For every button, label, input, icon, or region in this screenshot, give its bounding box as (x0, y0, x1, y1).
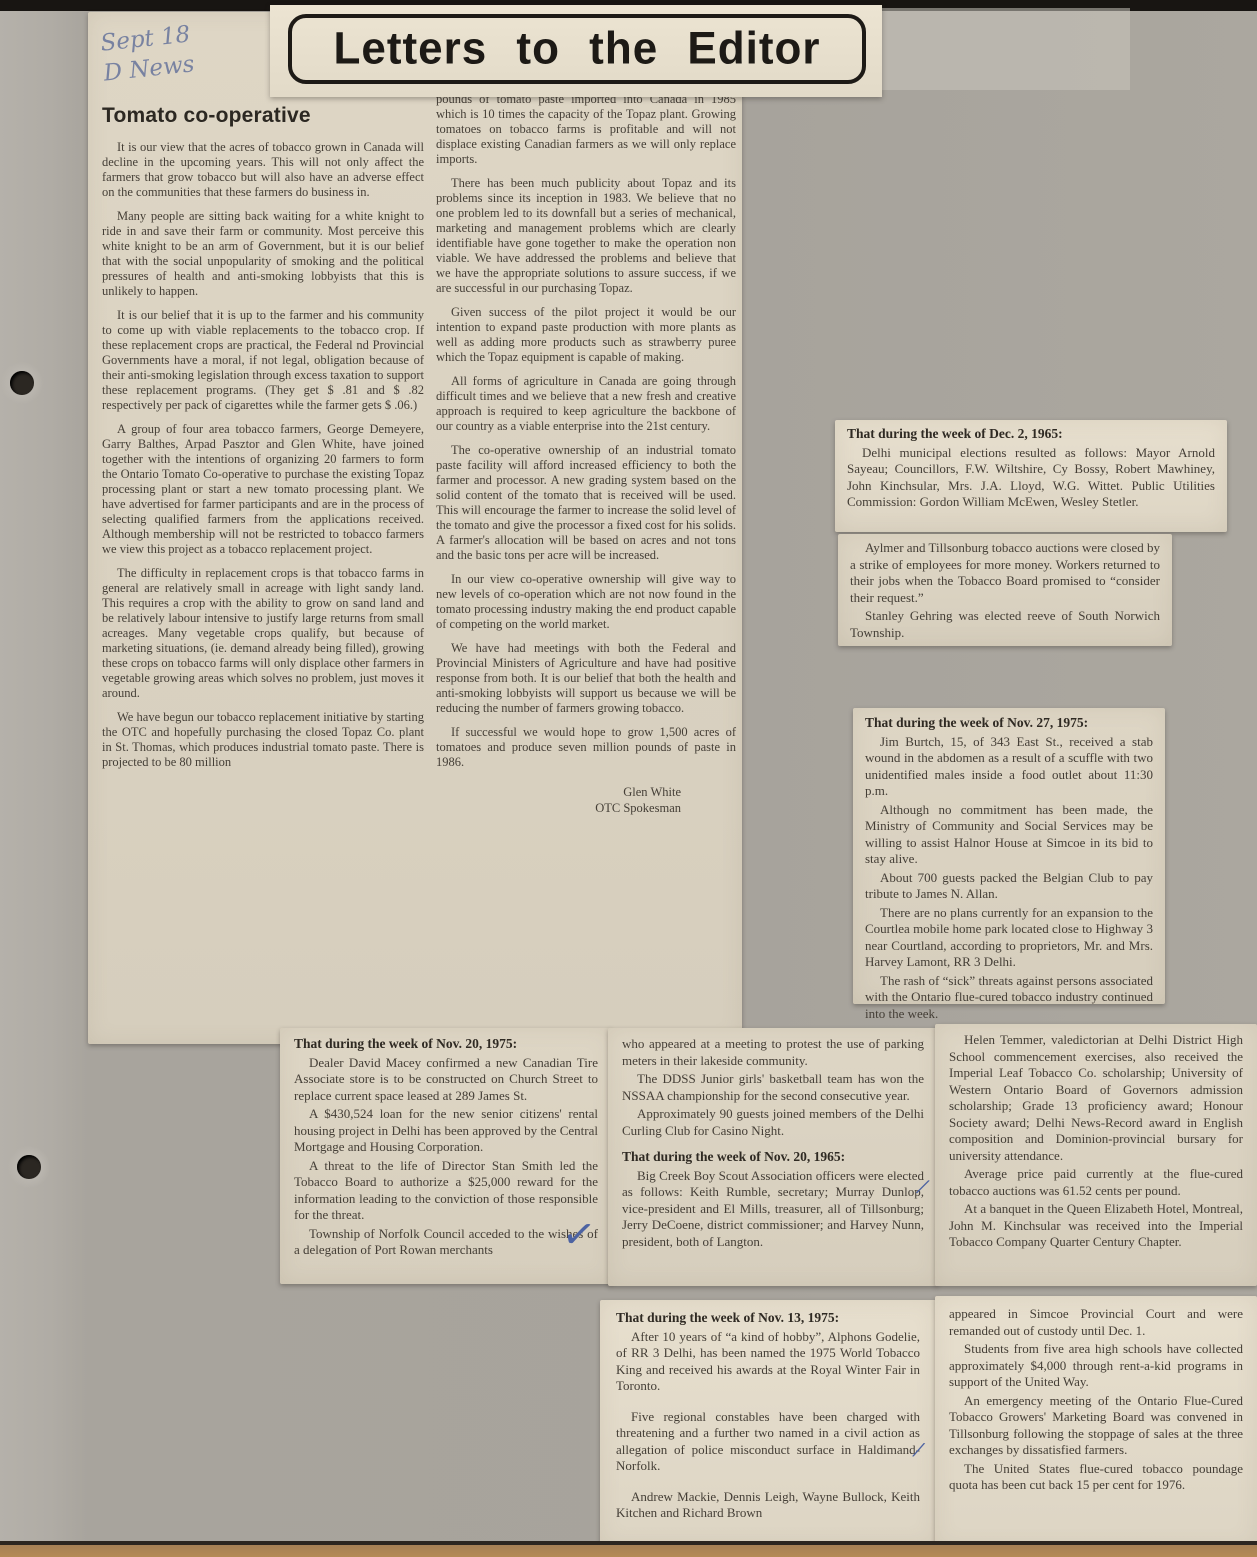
signature-role: OTC Spokesman (436, 800, 681, 816)
clipping-paragraph: Although no commitment has been made, th… (865, 802, 1153, 868)
clipping-paragraph: Helen Temmer, valedictorian at Delhi Dis… (949, 1032, 1243, 1164)
clipping-nov-20-1965: who appeared at a meeting to protest the… (608, 1028, 938, 1286)
article-signature: Glen White OTC Spokesman (436, 784, 736, 816)
clipping-paragraph: Delhi municipal elections resulted as fo… (847, 445, 1215, 511)
handwritten-note: Sept 18 D News (99, 19, 196, 88)
clipping-heading: That during the week of Nov. 13, 1975: (616, 1310, 920, 1327)
scrapbook-page: Sept 18 D News Tomato co-operative It is… (0, 0, 1257, 1557)
clipping-heading: That during the week of Nov. 20, 1965: (622, 1149, 924, 1166)
clipping-paragraph: Andrew Mackie, Dennis Leigh, Wayne Bullo… (616, 1489, 920, 1522)
clipping-paragraph: There are no plans currently for an expa… (865, 905, 1153, 971)
clipping-paragraph: Five regional constables have been charg… (616, 1409, 920, 1475)
paper-scrap (880, 8, 1130, 90)
masthead-title: Letters to the Editor (333, 23, 820, 75)
article-paragraph: A group of four area tobacco farmers, Ge… (102, 422, 424, 557)
checkmark-annotation: ✓ (559, 1210, 599, 1260)
clipping-paragraph: A threat to the life of Director Stan Sm… (294, 1158, 598, 1224)
article-paragraph: Many people are sitting back waiting for… (102, 209, 424, 299)
clipping-paragraph: A $430,524 loan for the new senior citiz… (294, 1106, 598, 1156)
clipping-paragraph: Big Creek Boy Scout Association officers… (622, 1168, 924, 1251)
clipping-dec-2-1965-part2: Aylmer and Tillsonburg tobacco auctions … (838, 534, 1172, 646)
clipping-paragraph: Township of Norfolk Council acceded to t… (294, 1226, 598, 1259)
article-paragraph: We have had meetings with both the Feder… (436, 641, 736, 716)
article-clipping: Sept 18 D News Tomato co-operative It is… (88, 12, 742, 1044)
article-paragraph: pounds of tomato paste imported into Can… (436, 92, 736, 167)
clipping-paragraph: After 10 years of “a kind of hobby”, Alp… (616, 1329, 920, 1395)
clipping-paragraph: who appeared at a meeting to protest the… (622, 1036, 924, 1069)
clipping-paragraph: Average price paid currently at the flue… (949, 1166, 1243, 1199)
clipping-heading: That during the week of Nov. 27, 1975: (865, 715, 1153, 732)
clipping-heading: That during the week of Nov. 20, 1975: (294, 1036, 598, 1053)
article-paragraph: In our view co-operative ownership will … (436, 572, 736, 632)
article-column-2: pounds of tomato paste imported into Can… (436, 92, 736, 816)
signature-name: Glen White (436, 784, 681, 800)
article-paragraph: Given success of the pilot project it wo… (436, 305, 736, 365)
clipping-dec-2-1965: That during the week of Dec. 2, 1965: De… (835, 420, 1227, 532)
clipping-paragraph: At a banquet in the Queen Elizabeth Hote… (949, 1201, 1243, 1251)
masthead-border: Letters to the Editor (288, 14, 866, 84)
clipping-paragraph: The DDSS Junior girls' basketball team h… (622, 1071, 924, 1104)
clipping-temmer: Helen Temmer, valedictorian at Delhi Dis… (935, 1024, 1257, 1286)
clipping-nov-13-1975: That during the week of Nov. 13, 1975: A… (600, 1300, 936, 1546)
clipping-nov-27-1975: That during the week of Nov. 27, 1975: J… (853, 708, 1165, 1004)
clipping-nov-13-1975-part2: appeared in Simcoe Provincial Court and … (935, 1296, 1257, 1548)
article-paragraph: We have begun our tobacco replacement in… (102, 710, 424, 770)
clipping-paragraph: Stanley Gehring was elected reeve of Sou… (850, 608, 1160, 641)
article-paragraph: It is our view that the acres of tobacco… (102, 140, 424, 200)
clipping-paragraph: The United States flue-cured tobacco pou… (949, 1461, 1243, 1494)
article-paragraph: The difficulty in replacement crops is t… (102, 566, 424, 701)
punch-hole-pit (17, 1155, 41, 1179)
masthead-clipping: Letters to the Editor (270, 5, 882, 97)
article-title: Tomato co-operative (102, 104, 424, 128)
article-paragraph: It is our belief that it is up to the fa… (102, 308, 424, 413)
article-paragraph: If successful we would hope to grow 1,50… (436, 725, 736, 770)
clipping-heading: That during the week of Dec. 2, 1965: (847, 426, 1215, 443)
clipping-paragraph: Approximately 90 guests joined members o… (622, 1106, 924, 1139)
article-paragraph: There has been much publicity about Topa… (436, 176, 736, 296)
article-paragraph: All forms of agriculture in Canada are g… (436, 374, 736, 434)
clipping-paragraph: Students from five area high schools hav… (949, 1341, 1243, 1391)
clipping-paragraph: An emergency meeting of the Ontario Flue… (949, 1393, 1243, 1459)
article-paragraph: The co-operative ownership of an industr… (436, 443, 736, 563)
punch-hole-pit (10, 371, 34, 395)
clipping-paragraph: appeared in Simcoe Provincial Court and … (949, 1306, 1243, 1339)
clipping-paragraph: Aylmer and Tillsonburg tobacco auctions … (850, 540, 1160, 606)
desk-surface (0, 1545, 1257, 1557)
clipping-paragraph: Dealer David Macey confirmed a new Canad… (294, 1055, 598, 1105)
clipping-paragraph: About 700 guests packed the Belgian Club… (865, 870, 1153, 903)
article-column-1: Tomato co-operative It is our view that … (102, 104, 424, 779)
clipping-paragraph: The rash of “sick” threats against perso… (865, 973, 1153, 1023)
clipping-paragraph: Jim Burtch, 15, of 343 East St., receive… (865, 734, 1153, 800)
